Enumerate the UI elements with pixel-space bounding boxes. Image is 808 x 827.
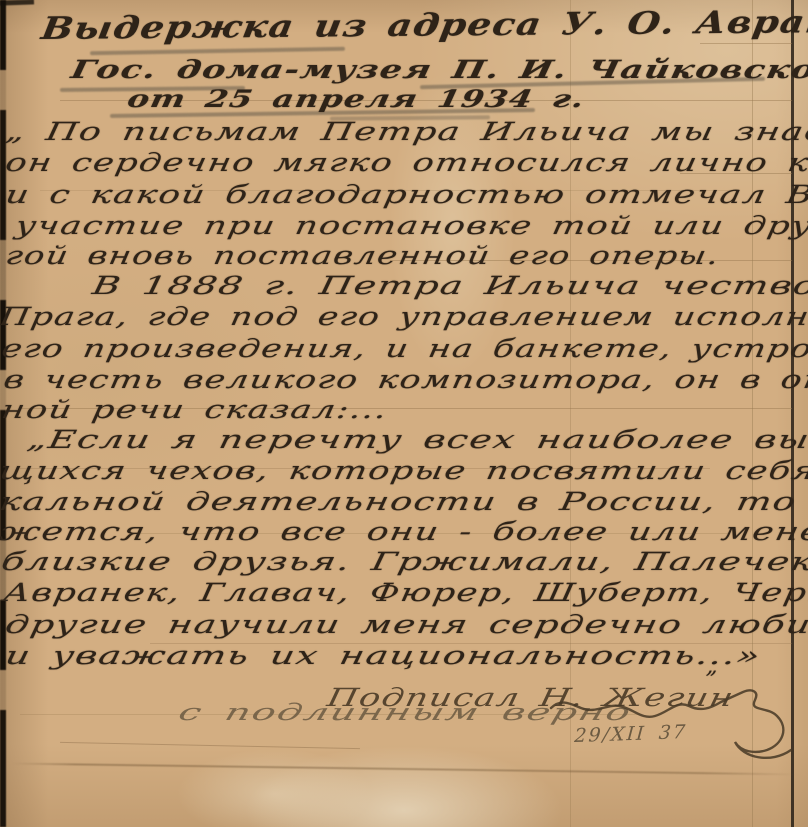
manuscript-line: его произведения, и на банкете, устроенн… (0, 336, 808, 361)
manuscript-line: В 1888 г. Петра Ильича чествовала (90, 273, 808, 298)
manuscript-line: гой вновь поставленной его оперы. (4, 243, 722, 268)
closing-quote-mark: „ (705, 656, 720, 678)
manuscript-line: Прага, где под его управлением исполняли… (0, 304, 808, 329)
document-title: Выдержка из адреса У. О. Авранеку (39, 6, 808, 45)
manuscript-line: щихся чехов, которые посвятили себя музы… (0, 458, 808, 483)
manuscript-line: близкие друзья. Гржимали, Палечек, (0, 549, 808, 574)
manuscript-line: кальной деятельности в России, то ока- (0, 489, 808, 514)
manuscript-line: и с какой благодарностью отмечал Ваше (4, 182, 808, 207)
document-subtitle: Гос. дома-музея П. И. Чайковского (69, 57, 808, 82)
manuscript-line: ной речи сказал:... (0, 397, 390, 422)
ruled-horizontal-line (700, 43, 792, 44)
manuscript-line: другие научили меня сердечно любить (3, 612, 808, 637)
manuscript-line: и уважать их национальность...» (3, 643, 763, 668)
torn-top-edge (0, 0, 34, 6)
manuscript-line: участие при постановке той или дру- (14, 213, 808, 238)
manuscript-line: жется, что все они - более или менее мои (0, 519, 808, 544)
manuscript-line: в честь великого композитора, он в ответ… (2, 367, 808, 392)
pencil-underline (90, 47, 345, 55)
manuscript-line: „ По письмам Петра Ильича мы знаем, как (4, 119, 808, 144)
manuscript-line: Авранек, Главач, Фюрер, Шуберт, Черни и (2, 580, 808, 605)
document-date-line: от 25 апреля 1934 г. (125, 87, 587, 111)
manuscript-line: „Если я перечту всех наиболее выдаю- (25, 427, 808, 452)
manuscript-line: он сердечно мягко относился лично к Вам. (4, 150, 808, 175)
paper-crease (60, 742, 360, 749)
certifier-signature (545, 678, 803, 773)
manuscript-page: Выдержка из адреса У. О. Авранеку Гос. д… (0, 0, 808, 827)
